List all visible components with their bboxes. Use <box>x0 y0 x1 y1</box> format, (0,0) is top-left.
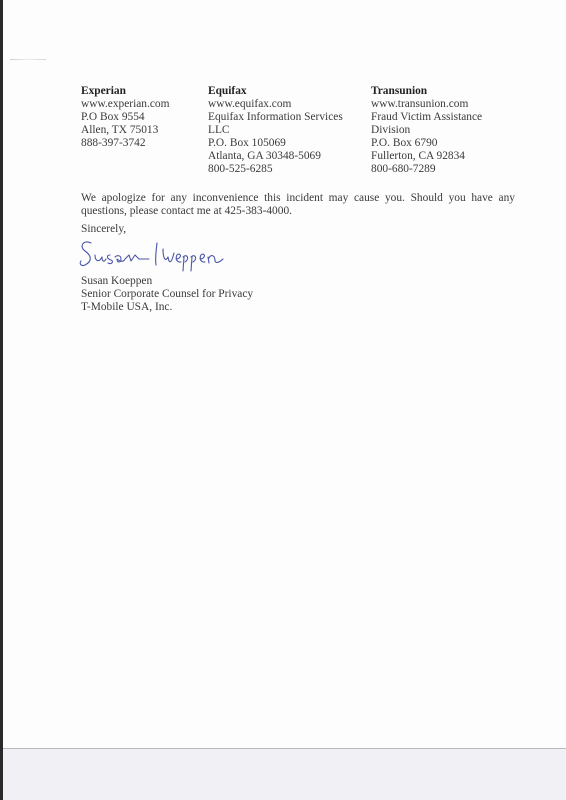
letter-page: Experian www.experian.com P.O Box 9554 A… <box>81 85 521 180</box>
bureau-website: www.equifax.com <box>208 98 358 111</box>
bureau-address-line: Equifax Information Services <box>208 111 358 124</box>
bureau-name: Transunion <box>371 85 521 98</box>
closing-salutation: Sincerely, <box>81 223 126 235</box>
bureau-name: Experian <box>81 85 169 98</box>
signer-title: Senior Corporate Counsel for Privacy <box>81 288 253 301</box>
scan-bottom-band <box>3 748 566 800</box>
bureau-address-line: Fullerton, CA 92834 <box>371 150 521 163</box>
apology-paragraph: We apologize for any inconvenience this … <box>81 192 515 218</box>
bureau-address-line: P.O. Box 105069 <box>208 137 358 150</box>
bureau-experian: Experian www.experian.com P.O Box 9554 A… <box>81 85 169 150</box>
bureau-phone: 800-525-6285 <box>208 163 358 176</box>
scan-left-edge <box>0 0 3 800</box>
signature-block: Susan Koeppen Senior Corporate Counsel f… <box>81 275 253 314</box>
bureau-phone: 800-680-7289 <box>371 163 521 176</box>
bureau-address-line: LLC <box>208 124 358 137</box>
bureau-transunion: Transunion www.transunion.com Fraud Vict… <box>371 85 521 176</box>
bureau-website: www.experian.com <box>81 98 169 111</box>
bureau-equifax: Equifax www.equifax.com Equifax Informat… <box>208 85 358 176</box>
bureau-address-line: Fraud Victim Assistance <box>371 111 521 124</box>
signer-name: Susan Koeppen <box>81 275 253 288</box>
bureau-address-line: P.O Box 9554 <box>81 111 169 124</box>
handwritten-signature-icon <box>77 235 237 275</box>
bureau-name: Equifax <box>208 85 358 98</box>
bureau-phone: 888-397-3742 <box>81 137 169 150</box>
scan-artifact-mark <box>10 59 46 60</box>
bureau-address-line: Allen, TX 75013 <box>81 124 169 137</box>
credit-bureau-contacts: Experian www.experian.com P.O Box 9554 A… <box>81 85 521 180</box>
bureau-address-line: Atlanta, GA 30348-5069 <box>208 150 358 163</box>
signer-company: T-Mobile USA, Inc. <box>81 301 253 314</box>
bureau-address-line: P.O. Box 6790 <box>371 137 521 150</box>
bureau-address-line: Division <box>371 124 521 137</box>
bureau-website: www.transunion.com <box>371 98 521 111</box>
